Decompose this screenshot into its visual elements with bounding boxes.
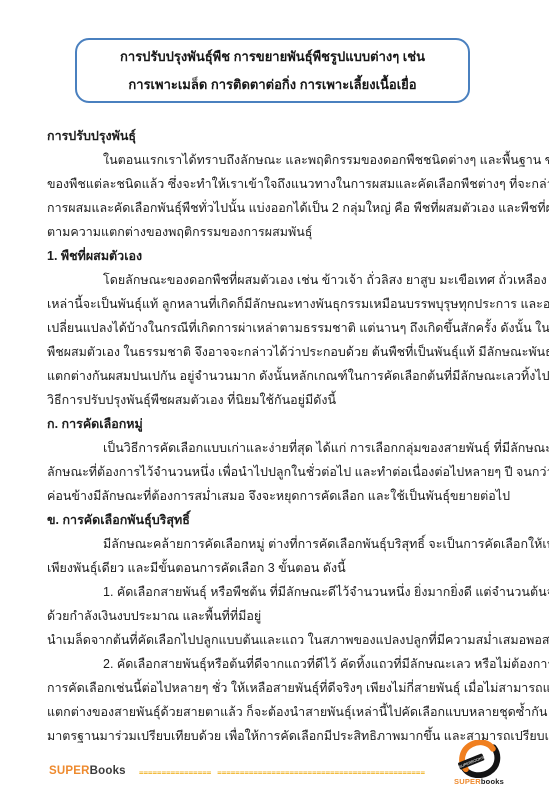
text-line: มีลักษณะคล้ายการคัดเลือกหมู่ ต่างที่การค…	[47, 532, 504, 556]
footer-brand: SUPERBooks	[49, 765, 126, 777]
text-line: มาตรฐานมาร่วมเปรียบเทียบด้วย เพื่อให้การ…	[47, 724, 504, 748]
superbooks-logo: SUPERBOOKS SUPERbooks	[454, 740, 504, 786]
paragraph: นำเมล็ดจากต้นที่คัดเลือกไปปลูกแบบต้นและแ…	[47, 628, 504, 652]
paragraph: มีลักษณะคล้ายการคัดเลือกหมู่ ต่างที่การค…	[47, 532, 504, 580]
text-line: วิธีการปรับปรุงพันธุ์พืชผสมตัวเอง ที่นิย…	[47, 388, 504, 412]
paragraph: 1. คัดเลือกสายพันธุ์ หรือพืชต้น ที่มีลัก…	[47, 580, 504, 628]
logo-caption-super: SUPER	[454, 777, 481, 786]
text-line: ของพืชแต่ละชนิดแล้ว ซึ่งจะทำให้เราเข้าใจ…	[47, 172, 504, 196]
paragraph: โดยลักษณะของดอกพืชที่ผสมตัวเอง เช่น ข้าว…	[47, 268, 504, 412]
text-line: ด้วยกำลังเงินงบประมาณ และพื้นที่ที่มีอยู…	[47, 604, 504, 628]
text-line: ในตอนแรกเราได้ทราบถึงลักษณะ และพฤติกรรมข…	[47, 148, 504, 172]
text-line: เปลี่ยนแปลงได้บ้างในกรณีที่เกิดการผ่าเหล…	[47, 316, 504, 340]
paragraph: 2. คัดเลือกสายพันธุ์หรือต้นที่ดีจากแถวที…	[47, 652, 504, 748]
text-line: พืชผสมตัวเอง ในธรรมชาติ จึงอาจจะกล่าวได้…	[47, 340, 504, 364]
section-heading: ก. การคัดเลือกหมู่	[47, 412, 504, 436]
text-line: 1. พืชที่ผสมตัวเอง	[47, 244, 504, 268]
text-line: 1. คัดเลือกสายพันธุ์ หรือพืชต้น ที่มีลัก…	[47, 580, 504, 604]
footer-separator-segment-1: ================	[139, 768, 211, 777]
footer-separator: ========================================…	[139, 768, 431, 777]
section-heading: การปรับปรุงพันธุ์	[47, 124, 504, 148]
paragraph: ในตอนแรกเราได้ทราบถึงลักษณะ และพฤติกรรมข…	[47, 148, 504, 244]
text-line: 2. คัดเลือกสายพันธุ์หรือต้นที่ดีจากแถวที…	[47, 652, 504, 676]
text-line: เพียงพันธุ์เดียว และมีขั้นตอนการคัดเลือก…	[47, 556, 504, 580]
text-line: โดยลักษณะของดอกพืชที่ผสมตัวเอง เช่น ข้าว…	[47, 268, 504, 292]
text-line: ลักษณะที่ต้องการไว้จำนวนหนึ่ง เพื่อนำไปป…	[47, 460, 504, 484]
title-line-2: การเพาะเมล็ด การติดตาต่อกิ่ง การเพาะเลี้…	[77, 71, 468, 99]
text-line: ตามความแตกต่างของพฤติกรรมของการผสมพันธุ์	[47, 220, 504, 244]
document-page: การปรับปรุงพันธุ์พืช การขยายพันธุ์พืชรูป…	[0, 0, 549, 812]
title-line-1: การปรับปรุงพันธุ์พืช การขยายพันธุ์พืชรูป…	[77, 43, 468, 71]
text-line: ก. การคัดเลือกหมู่	[47, 412, 504, 436]
footer-separator-segment-2: ========================================…	[217, 768, 425, 777]
footer-brand-books: Books	[90, 765, 126, 777]
text-line: การผสมและคัดเลือกพันธุ์พืชทั่วไปนั้น แบ่…	[47, 196, 504, 220]
logo-caption-books: books	[481, 777, 504, 786]
text-line: แตกต่างกันผสมปนเปกัน อยู่จำนวนมาก ดังนั้…	[47, 364, 504, 388]
section-heading: 1. พืชที่ผสมตัวเอง	[47, 244, 504, 268]
paragraph: เป็นวิธีการคัดเลือกแบบเก่าและง่ายที่สุด …	[47, 436, 504, 508]
text-line: เหล่านี้จะเป็นพันธุ์แท้ ลูกหลานที่เกิดก็…	[47, 292, 504, 316]
text-line: แตกต่างของสายพันธุ์ด้วยสายตาแล้ว ก็จะต้อ…	[47, 700, 504, 724]
text-line: การคัดเลือกเช่นนี้ต่อไปหลายๆ ชั่ว ให้เหล…	[47, 676, 504, 700]
document-body: การปรับปรุงพันธุ์ในตอนแรกเราได้ทราบถึงลั…	[47, 124, 504, 748]
text-line: การปรับปรุงพันธุ์	[47, 124, 504, 148]
logo-caption: SUPERbooks	[446, 777, 512, 786]
superbooks-logo-icon: SUPERBOOKS	[456, 740, 502, 778]
text-line: นำเมล็ดจากต้นที่คัดเลือกไปปลูกแบบต้นและแ…	[47, 628, 504, 652]
section-heading: ข. การคัดเลือกพันธุ์บริสุทธิ์	[47, 508, 504, 532]
text-line: ค่อนข้างมีลักษณะที่ต้องการสม่ำเสมอ จึงจะ…	[47, 484, 504, 508]
text-line: เป็นวิธีการคัดเลือกแบบเก่าและง่ายที่สุด …	[47, 436, 504, 460]
footer-brand-super: SUPER	[49, 765, 90, 777]
title-box: การปรับปรุงพันธุ์พืช การขยายพันธุ์พืชรูป…	[75, 38, 470, 103]
text-line: ข. การคัดเลือกพันธุ์บริสุทธิ์	[47, 508, 504, 532]
page-footer: SUPERBooks =============================…	[0, 756, 549, 802]
